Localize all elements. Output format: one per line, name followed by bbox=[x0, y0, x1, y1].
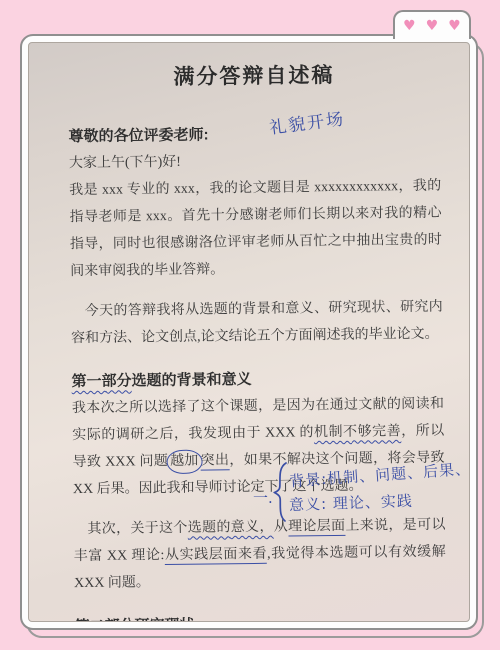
wavy-underlined-text: 选题的意义， bbox=[188, 520, 274, 536]
doc-paragraph-meaning: 其次，关于这个选题的意义，从理论层面上来说，是可以丰富 XX 理论:从实践层面来… bbox=[73, 512, 446, 598]
heart-icon: ♥ bbox=[403, 19, 416, 33]
text-run: 其次，关于这个 bbox=[87, 521, 188, 537]
heart-icon: ♥ bbox=[448, 19, 461, 33]
pink-background: ♥ ♥ ♥ 满分答辩自述稿 尊敬的各位评委老师: 大家上午(下午)好! 我是 x… bbox=[0, 0, 500, 650]
heart-icon: ♥ bbox=[426, 19, 439, 33]
handwritten-note-meaning: 意义: 理论、实践 bbox=[289, 490, 413, 515]
section2-heading-highlight: 第二部 bbox=[74, 618, 119, 622]
section1-heading-rest: 选题的背景和意义 bbox=[132, 371, 252, 389]
handwritten-brace-icon bbox=[271, 461, 289, 523]
doc-title: 满分答辩自述稿 bbox=[68, 61, 440, 94]
doc-paragraph-intro: 我是 xxx 专业的 xxx，我的论文题目是 xxxxxxxxxxxx，我的指导… bbox=[69, 173, 442, 286]
hearts-tab: ♥ ♥ ♥ bbox=[393, 10, 471, 39]
wavy-underlined-text: 机制不够完善 bbox=[314, 424, 401, 440]
doc-section2-heading: 第二部分研究现状 bbox=[74, 609, 446, 622]
underlined-text: 理论层面 bbox=[288, 519, 346, 537]
circled-text: 越加 bbox=[166, 450, 202, 474]
handwritten-marker: 一. bbox=[253, 487, 273, 508]
document-page: 满分答辩自述稿 尊敬的各位评委老师: 大家上午(下午)好! 我是 xxx 专业的… bbox=[28, 42, 470, 622]
section2-heading-rest: 分研究现状 bbox=[119, 617, 194, 622]
section1-heading-highlight: 第一部分 bbox=[71, 372, 131, 390]
doc-paragraph-overview: 今天的答辩我将从选题的背景和意义、研究现状、研究内容和方法、论文创点,论文结论五… bbox=[71, 294, 444, 353]
note-card: ♥ ♥ ♥ 满分答辩自述稿 尊敬的各位评委老师: 大家上午(下午)好! 我是 x… bbox=[20, 34, 478, 630]
document-photo: 满分答辩自述稿 尊敬的各位评委老师: 大家上午(下午)好! 我是 xxx 专业的… bbox=[28, 42, 470, 622]
underlined-text: 从实践层面来看 bbox=[164, 547, 267, 565]
underlined-text: 突出 bbox=[200, 453, 229, 470]
